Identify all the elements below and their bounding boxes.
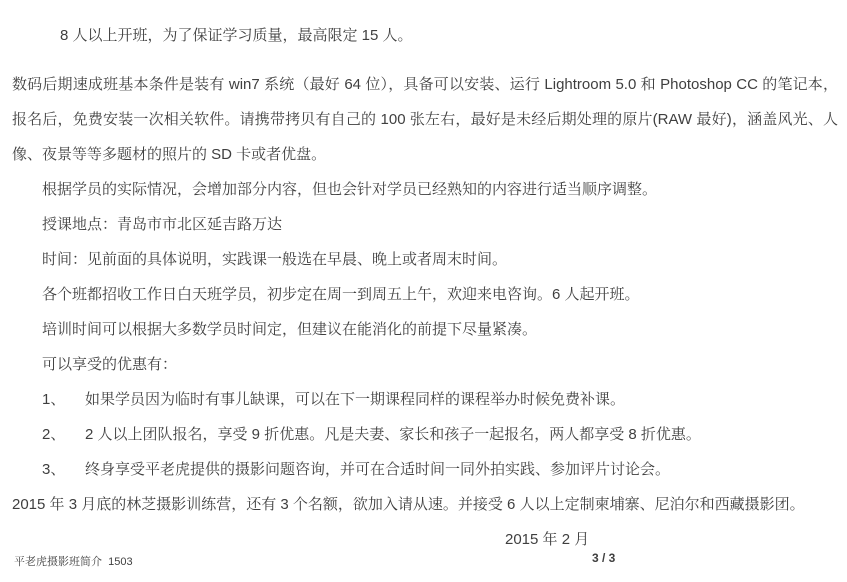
para-benefits-heading: 可以享受的优惠有： (12, 347, 838, 382)
para-time: 时间：见前面的具体说明，实践课一般选在早晨、晚上或者周末时间。 (12, 242, 838, 277)
footer-doc-title: 平老虎摄影班简介 1503 (14, 553, 133, 569)
list-item-1: 1、如果学员因为临时有事儿缺课，可以在下一期课程同样的课程举办时候免费补课。 (12, 382, 838, 417)
para-schedule-advice: 培训时间可以根据大多数学员时间定，但建议在能消化的前提下尽量紧凑。 (12, 312, 838, 347)
para-requirements: 数码后期速成班基本条件是装有 win7 系统（最好 64 位），具备可以安装、运… (12, 67, 838, 172)
para-location: 授课地点：青岛市市北区延吉路万达 (12, 207, 838, 242)
para-content-adjust: 根据学员的实际情况，会增加部分内容，但也会针对学员已经熟知的内容进行适当顺序调整… (12, 172, 838, 207)
page: 8 人以上开班，为了保证学习质量，最高限定 15 人。数码后期速成班基本条件是装… (0, 0, 847, 582)
list-item-3: 3、终身享受平老虎提供的摄影问题咨询，并可在合适时间一同外拍实践、参加评片讨论会… (12, 452, 838, 487)
footer-page-indicator: 3 / 3 (592, 551, 615, 565)
page-footer: 平老虎摄影班简介 1503 3 / 3 (0, 549, 847, 573)
para-weekday-class: 各个班都招收工作日白天班学员，初步定在周一到周五上午，欢迎来电咨询。6 人起开班… (12, 277, 838, 312)
document-page: { "document": { "paragraphs": [ { "type"… (0, 0, 847, 582)
list-item-number: 2、 (42, 417, 85, 452)
para-class-size: 8 人以上开班，为了保证学习质量，最高限定 15 人。 (12, 18, 838, 53)
list-item-number: 1、 (42, 382, 85, 417)
list-item-2: 2、2 人以上团队报名，享受 9 折优惠。凡是夫妻、家长和孩子一起报名，两人都享… (12, 417, 838, 452)
list-item-number: 3、 (42, 452, 85, 487)
list-item-text: 2 人以上团队报名，享受 9 折优惠。凡是夫妻、家长和孩子一起报名，两人都享受 … (85, 417, 838, 452)
list-item-text: 终身享受平老虎提供的摄影问题咨询，并可在合适时间一同外拍实践、参加评片讨论会。 (85, 452, 838, 487)
list-item-text: 如果学员因为临时有事儿缺课，可以在下一期课程同样的课程举办时候免费补课。 (85, 382, 838, 417)
para-training-camp: 2015 年 3 月底的林芝摄影训练营，还有 3 个名额，欲加入请从速。并接受 … (12, 487, 838, 522)
document-body: 8 人以上开班，为了保证学习质量，最高限定 15 人。数码后期速成班基本条件是装… (0, 0, 847, 557)
